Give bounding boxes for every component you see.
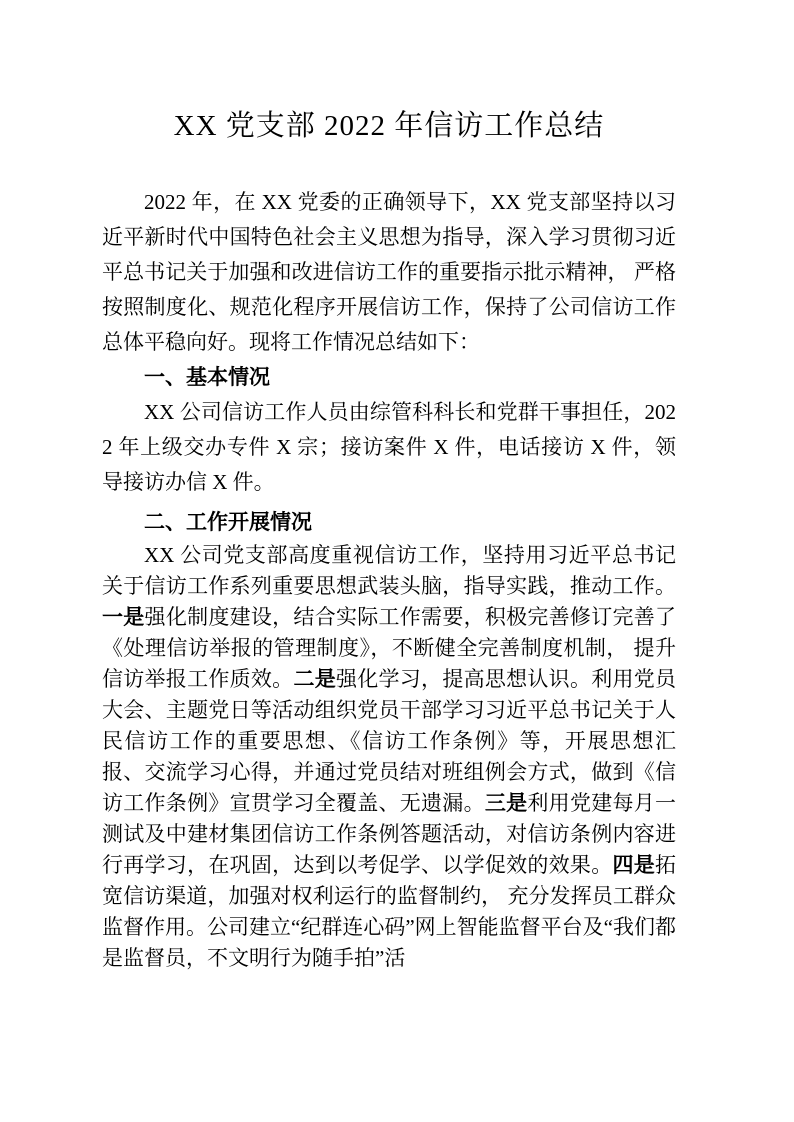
emphasis-run-fourth: 四是 [612,854,655,877]
document-page: XX 党支部 2022 年信访工作总结 2022 年，在 XX 党委的正确领导下… [0,0,794,1122]
section-1-heading: 一、基本情况 [102,360,676,395]
text-run: XX 公司党支部高度重视信访工作，坚持用习近平总书记关于信访工作系列重要思想武装… [102,543,676,598]
document-title: XX 党支部 2022 年信访工作总结 [102,104,676,148]
emphasis-run-third: 三是 [485,792,528,815]
section-1-paragraph: XX 公司信访工作人员由综管科科长和党群干事担任，2022 年上级交办专件 X … [102,395,676,500]
section-2-paragraph: XX 公司党支部高度重视信访工作，坚持用习近平总书记关于信访工作系列重要思想武装… [102,540,676,974]
opening-paragraph: 2022 年，在 XX 党委的正确领导下，XX 党支部坚持以习近平新时代中国特色… [102,185,676,360]
section-2-heading: 二、工作开展情况 [102,505,676,540]
emphasis-run-second: 二是 [293,668,336,691]
emphasis-run-first: 一是 [102,606,145,629]
